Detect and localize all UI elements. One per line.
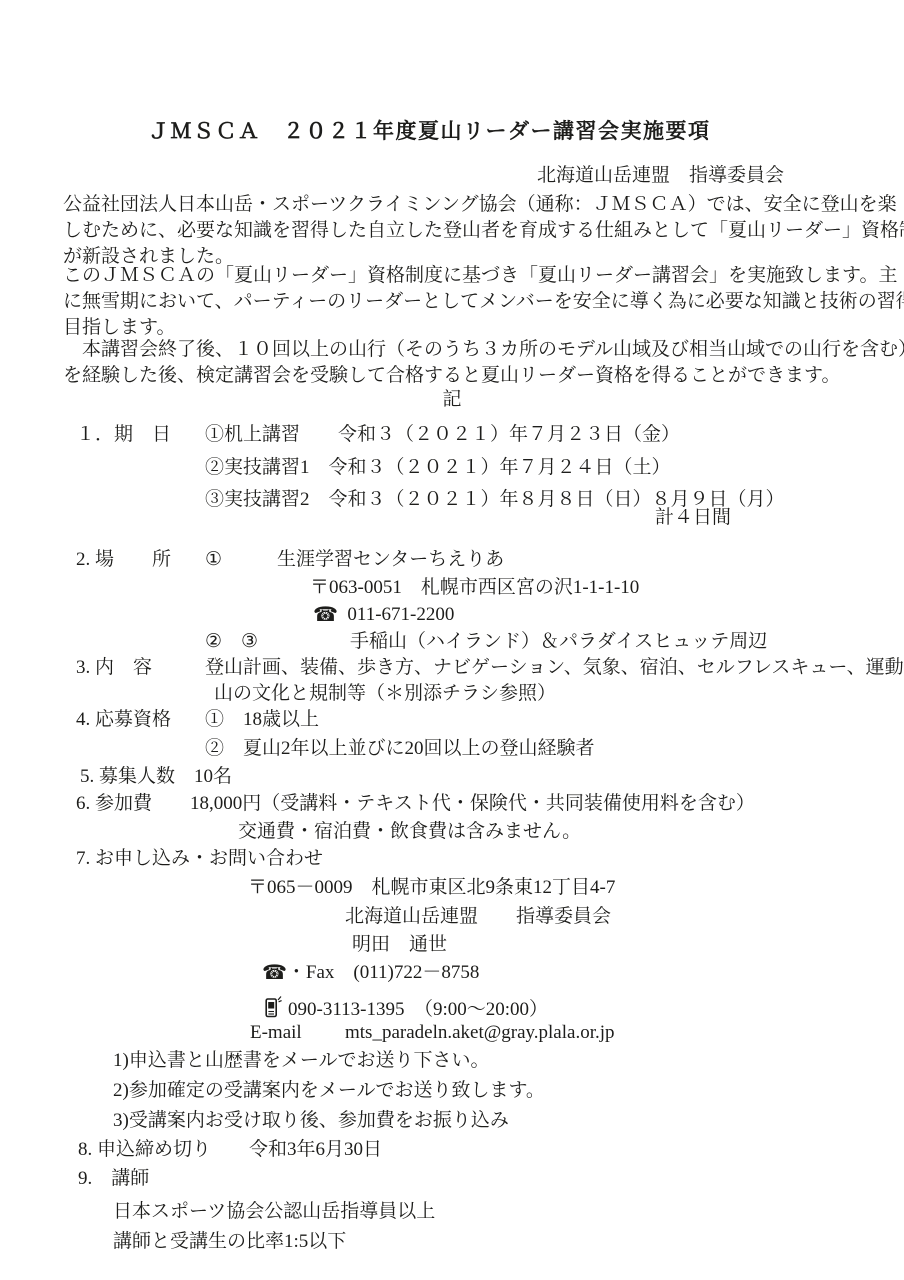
intro-line: に無雪期において、パーティーのリーダーとしてメンバーを安全に導く為に必要な知識と…	[63, 290, 904, 314]
contact-step: 1)申込書と山歴書をメールでお送り下さい。	[113, 1049, 489, 1073]
document-page: ＪＭＳＣＡ ２０２１年度夏山リーダー講習会実施要項 北海道山岳連盟 指導委員会 …	[0, 0, 904, 1280]
intro-line: 目指します。	[63, 316, 175, 340]
content-label: 3. 内 容	[76, 656, 152, 680]
schedule-item: ②実技講習1 令和３（２０２１）年７月２４日（土）	[205, 456, 671, 480]
fee-line: 6. 参加費 18,000円（受講料・テキスト代・保険代・共同装備使用料を含む）	[76, 792, 755, 816]
contact-step: 2)参加確定の受講案内をメールでお送り致します。	[113, 1079, 545, 1103]
schedule-total: 計４日間	[655, 506, 731, 530]
place-item23-number: ② ③	[205, 630, 258, 654]
intro-line: 本講習会終了後、１０回以上の山行（そのうち３カ所のモデル山域及び相当山域での山行…	[63, 338, 904, 362]
page-title: ＪＭＳＣＡ ２０２１年度夏山リーダー講習会実施要項	[148, 118, 711, 144]
contact-email-address: mts_paradeln.aket@gray.plala.or.jp	[345, 1021, 615, 1045]
contact-email-label: E-mail	[250, 1021, 302, 1045]
fee-note: 交通費・宿泊費・飲食費は含みません。	[238, 820, 581, 844]
contact-org: 北海道山岳連盟 指導委員会	[345, 905, 611, 929]
subtitle-committee: 北海道山岳連盟 指導委員会	[537, 164, 784, 188]
content-line2: 山の文化と規制等（＊別添チラシ参照）	[214, 682, 556, 706]
intro-line: このＪＭＳＣＡの「夏山リーダー」資格制度に基づき「夏山リーダー講習会」を実施致し…	[63, 264, 897, 288]
contact-address: 〒065－0009 札幌市東区北9条東12丁目4-7	[248, 876, 615, 900]
intro-line: を経験した後、検定講習会を受験して合格すると夏山リーダー資格を得ることができます…	[63, 364, 840, 388]
intro-line: しむために、必要な知識を習得した自立した登山者を育成する仕組みとして「夏山リーダ…	[63, 219, 904, 243]
eligibility-item2: ② 夏山2年以上並びに20回以上の登山経験者	[205, 737, 595, 761]
telephone-icon: ☎	[262, 960, 287, 984]
place-phone-row: ☎ 011-671-2200	[313, 602, 454, 627]
contact-telfax-row: ☎・Fax (011)722－8758	[262, 960, 479, 985]
contact-mobile-number: 090-3113-1395 （9:00～20:00）	[288, 999, 548, 1020]
deadline-line: 8. 申込締め切り 令和3年6月30日	[78, 1138, 382, 1162]
instructor-line2: 講師と受講生の比率1:5以下	[113, 1230, 346, 1254]
ki-marker: 記	[0, 388, 904, 412]
schedule-label: １．期 日	[76, 423, 171, 447]
content-line1: 登山計画、装備、歩き方、ナビゲーション、気象、宿泊、セルフレスキュー、運動生理学	[205, 656, 904, 680]
place-label: 2. 場 所	[76, 548, 171, 572]
schedule-item: ①机上講習 令和３（２０２１）年７月２３日（金）	[205, 423, 680, 447]
place-address: 〒063-0051 札幌市西区宮の沢1-1-1-10	[310, 576, 639, 600]
intro-line: 公益社団法人日本山岳・スポーツクライミンング協会（通称：ＪＭＳＣＡ）では、安全に…	[63, 193, 897, 217]
place-item1-name: 生涯学習センターちえりあ	[277, 548, 504, 572]
contact-person: 明田 通世	[352, 933, 447, 957]
contact-label: 7. お申し込み・お問い合わせ	[76, 847, 323, 871]
instructor-label: 9. 講師	[78, 1167, 149, 1191]
place-item1-number: ①	[205, 548, 222, 572]
capacity-line: 5. 募集人数 10名	[80, 765, 232, 789]
place-item23-name: 手稲山（ハイランド）＆パラダイスヒュッテ周辺	[350, 630, 767, 654]
telephone-icon: ☎	[313, 602, 338, 626]
eligibility-item1: ① 18歳以上	[205, 708, 319, 732]
contact-step: 3)受講案内お受け取り後、参加費をお振り込み	[113, 1109, 509, 1133]
instructor-line1: 日本スポーツ協会公認山岳指導員以上	[113, 1200, 435, 1224]
place-phone-number: 011-671-2200	[347, 604, 454, 625]
eligibility-label: 4. 応募資格	[76, 708, 171, 732]
contact-telfax-number: ・Fax (011)722－8758	[287, 962, 479, 983]
